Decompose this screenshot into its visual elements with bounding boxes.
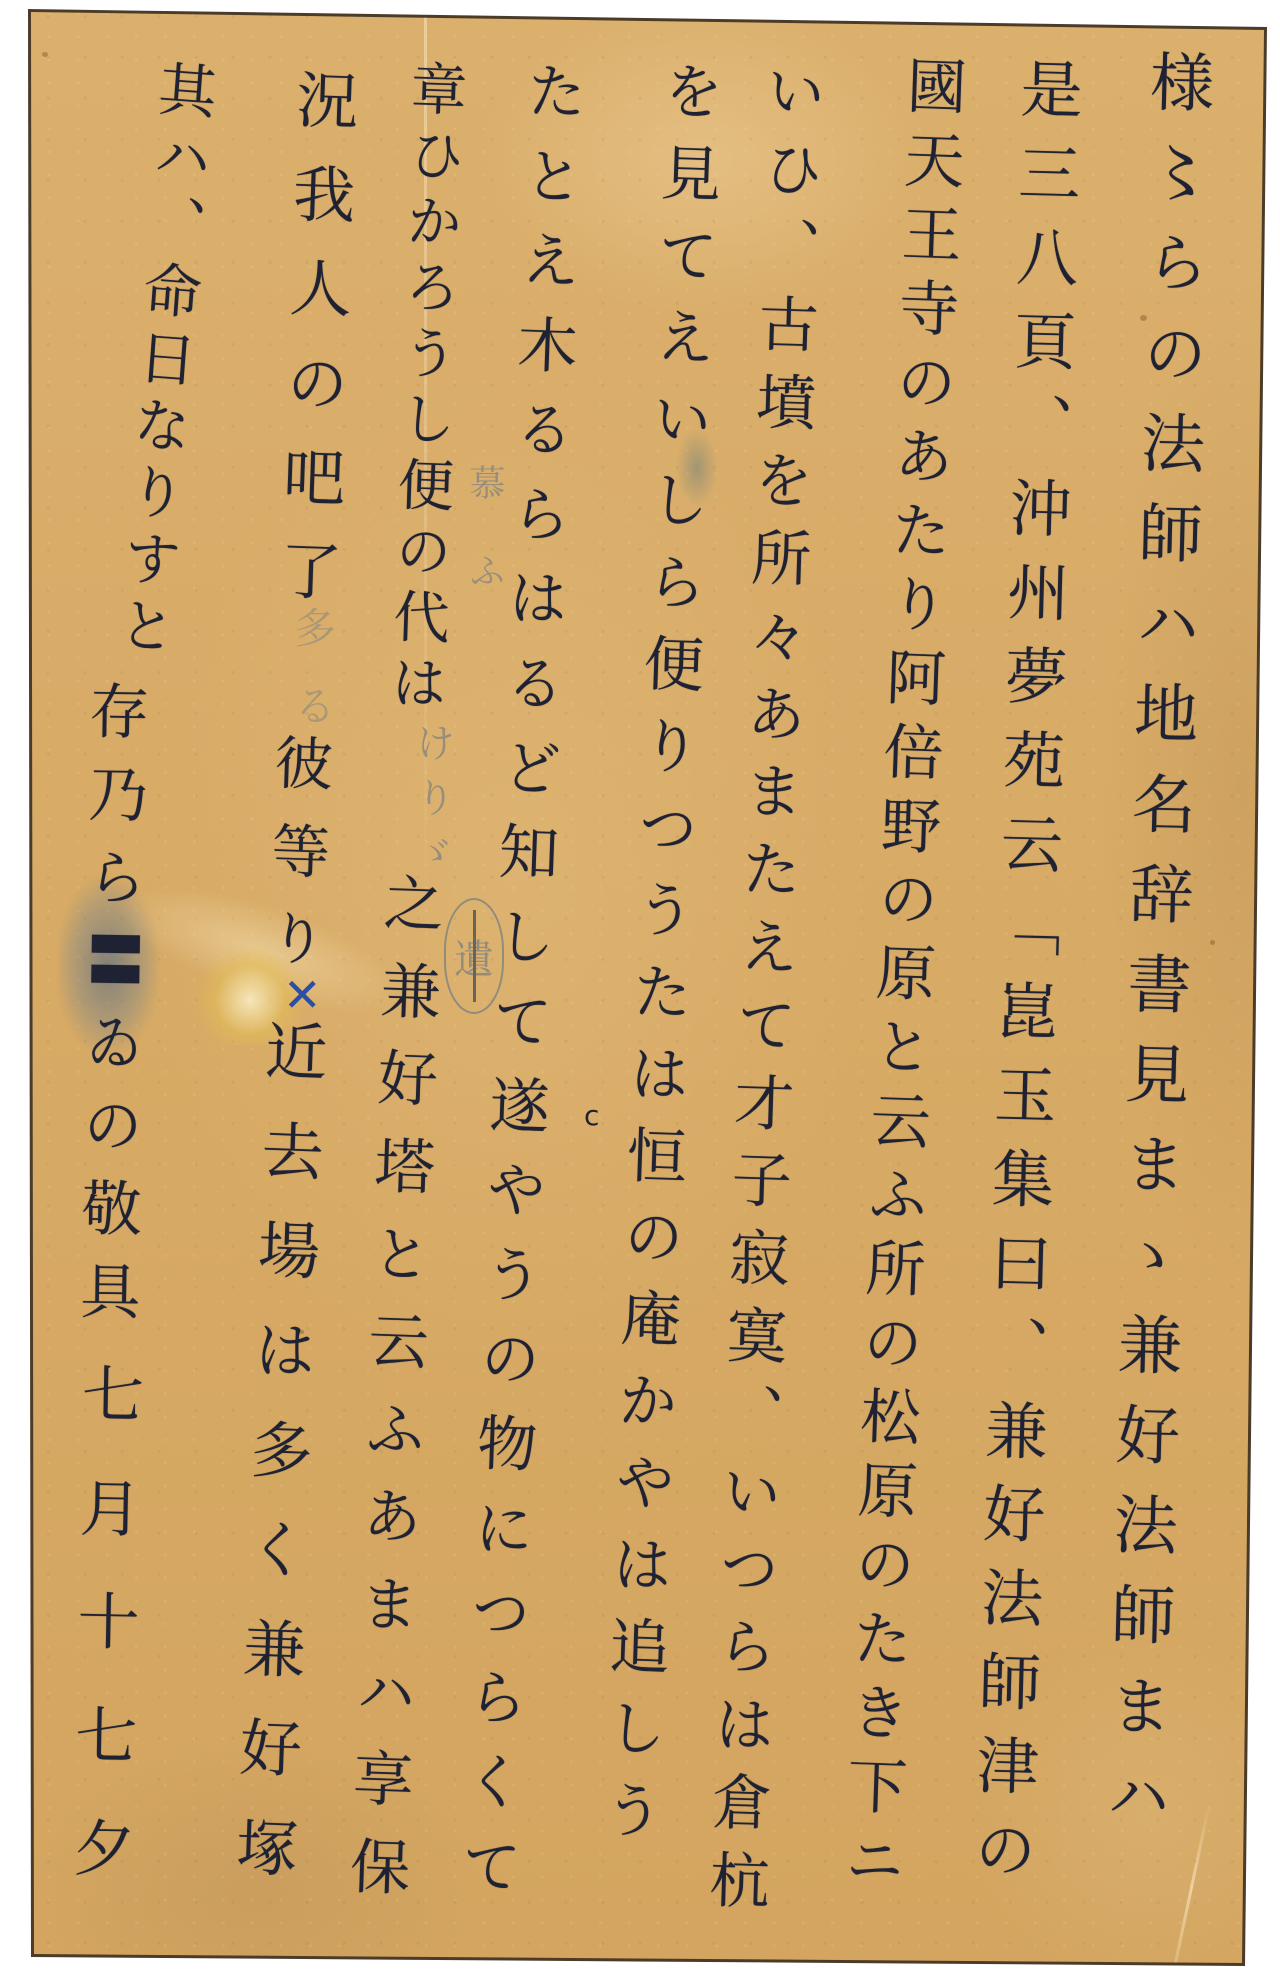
glyph: 兼 <box>237 1615 301 1679</box>
glyph: る <box>291 684 333 726</box>
glyph: ら <box>81 845 142 906</box>
glyph: ま <box>738 759 800 821</box>
glyph: 況 <box>290 67 354 131</box>
glyph: く <box>240 1516 304 1580</box>
glyph: ら <box>462 1665 524 1727</box>
glyph: 其 <box>152 58 214 120</box>
glyph: 師 <box>1105 1581 1171 1647</box>
glyph: 阿 <box>880 645 942 707</box>
glyph: ふ <box>862 1163 924 1225</box>
glyph: し <box>644 468 706 530</box>
glyph: ゞ <box>412 832 452 872</box>
glyph: 原 <box>852 1458 914 1520</box>
scanned-page: 様〻らの法師ハ地名辞書見まゝ兼好法師まハ 是三八頁、沖州夢苑云「崑玉集曰、兼好法… <box>0 0 1280 1970</box>
glyph: 州 <box>1001 559 1065 623</box>
glyph: 玉 <box>988 1062 1052 1126</box>
glyph: う <box>477 1242 539 1304</box>
glyph: 代 <box>388 587 446 645</box>
glyph: た <box>626 959 688 1021</box>
glyph: 吧 <box>277 443 341 507</box>
glyph: 寞 <box>721 1303 783 1365</box>
glyph: 野 <box>875 793 937 855</box>
glyph: 我 <box>287 161 351 225</box>
glyph: と <box>366 1221 428 1283</box>
glyph: い <box>646 386 708 448</box>
glyph: い <box>760 59 822 121</box>
glyph: 好 <box>372 1046 434 1108</box>
glyph: 命 <box>137 259 199 321</box>
glyph: の <box>891 350 953 412</box>
letter-date: 七月十七夕 <box>48 1361 158 1879</box>
glyph: ひ <box>758 137 820 199</box>
glyph: た <box>847 1606 909 1668</box>
glyph: ら <box>641 550 703 612</box>
glyph: 崑 <box>990 978 1054 1042</box>
text-column-8-upper: 況我人の吧了 <box>254 66 373 602</box>
glyph: 法 <box>1134 409 1200 475</box>
glyph: の <box>873 867 935 929</box>
glyph: ひ <box>403 125 461 183</box>
glyph: 彼 <box>269 732 329 792</box>
glyph: ら <box>505 481 567 543</box>
glyph: 夕 <box>67 1815 130 1878</box>
glyph: ろ <box>399 257 457 315</box>
glyph: 法 <box>975 1565 1039 1629</box>
glyph: や <box>609 1450 671 1512</box>
glyph: り <box>635 714 697 776</box>
glyph: 等 <box>266 819 326 879</box>
glyph: て <box>456 1834 518 1896</box>
glyph: う <box>629 877 691 939</box>
glyph: の <box>78 1094 139 1155</box>
glyph: 寺 <box>893 276 955 338</box>
glyph: は <box>248 1317 312 1381</box>
glyph: 夢 <box>999 643 1063 707</box>
glyph: て <box>652 223 714 285</box>
glyph: や <box>481 1157 543 1219</box>
glyph: 師 <box>973 1649 1037 1713</box>
glyph: ハ <box>350 1659 412 1721</box>
glyph: な <box>127 393 189 455</box>
glyph: は <box>624 1041 686 1103</box>
glyph: す <box>117 526 179 588</box>
glyph: の <box>849 1532 911 1594</box>
glyph: 所 <box>860 1236 922 1298</box>
glyph: 三 <box>1012 140 1076 204</box>
glyph: 存 <box>84 680 145 741</box>
glyph: 〓 <box>80 928 141 989</box>
glyph: 保 <box>344 1834 406 1896</box>
glyph: ま <box>353 1572 415 1634</box>
glyph: 是 <box>1014 56 1078 120</box>
glyph: え <box>515 228 577 290</box>
glyph: 原 <box>870 941 932 1003</box>
glyph: か <box>401 191 459 249</box>
glyph: え <box>649 304 711 366</box>
glyph: 寂 <box>723 1226 785 1288</box>
glyph: 便 <box>638 632 700 694</box>
glyph: ハ <box>1130 589 1196 655</box>
glyph: け <box>412 722 452 762</box>
glyph: ま <box>1102 1671 1168 1737</box>
glyph: 多 <box>244 1416 308 1480</box>
glyph: の <box>857 1310 919 1372</box>
glyph: 、 <box>1006 391 1070 455</box>
glyph: 塚 <box>230 1814 294 1878</box>
glyph: た <box>885 497 947 559</box>
text-column-1: 様〻らの法師ハ地名辞書見まゝ兼好法師まハ <box>1082 48 1227 1828</box>
glyph: 〻 <box>1141 138 1207 204</box>
pencil-faint-note: 多る <box>282 606 342 726</box>
glyph: 木 <box>512 312 574 374</box>
glyph: は <box>502 566 564 628</box>
glyph: 王 <box>896 202 958 264</box>
glyph: ゐ <box>79 1011 140 1072</box>
glyph: あ <box>888 423 950 485</box>
glyph: 々 <box>743 603 805 665</box>
glyph: ふ <box>466 552 502 588</box>
glyph: 古 <box>753 292 815 354</box>
glyph: 恒 <box>621 1123 683 1185</box>
glyph: 云 <box>363 1309 425 1371</box>
glyph: を <box>658 59 720 121</box>
pencil-circled-correction: 遺 <box>444 898 504 1014</box>
glyph: 、 <box>981 1313 1045 1377</box>
glyph: 國 <box>901 54 963 116</box>
glyph: 倉 <box>706 1770 768 1832</box>
glyph: 子 <box>726 1148 788 1210</box>
glyph: ふ <box>360 1396 422 1458</box>
glyph: 曰 <box>984 1230 1048 1294</box>
glyph: の <box>968 1816 1032 1880</box>
blue-cross-mark: ✕ <box>283 972 322 1018</box>
glyph: と <box>518 143 580 205</box>
glyph: 沖 <box>1003 475 1067 539</box>
glyph: き <box>844 1680 906 1742</box>
glyph: は <box>606 1532 668 1594</box>
glyph: 津 <box>970 1732 1034 1796</box>
glyph: の <box>618 1205 680 1267</box>
glyph: て <box>731 992 793 1054</box>
glyph: 書 <box>1121 950 1187 1016</box>
glyph: 云 <box>865 1089 927 1151</box>
glyph: 才 <box>728 1070 790 1132</box>
glyph: 去 <box>255 1117 319 1181</box>
glyph: 地 <box>1127 679 1193 745</box>
glyph: ハ <box>147 125 209 187</box>
glyph: 乃 <box>83 762 144 823</box>
postcard: 様〻らの法師ハ地名辞書見まゝ兼好法師まハ 是三八頁、沖州夢苑云「崑玉集曰、兼好法… <box>0 0 1280 1970</box>
glyph: た <box>521 59 583 121</box>
glyph: 兼 <box>979 1397 1043 1461</box>
glyph: 、 <box>142 192 204 254</box>
glyph: の <box>474 1326 536 1388</box>
glyph: つ <box>714 1537 776 1599</box>
glyph: 「 <box>992 894 1056 958</box>
text-column-8-lower: 近去場は多く兼好塚 <box>211 1017 342 1879</box>
glyph: い <box>716 1459 778 1521</box>
glyph: か <box>612 1368 674 1430</box>
glyph: る <box>499 650 561 712</box>
glyph: た <box>736 837 798 899</box>
glyph: 集 <box>986 1146 1050 1210</box>
glyph: 倍 <box>878 719 940 781</box>
pencil-inline-note: けりゞ <box>404 722 460 872</box>
glyph: 様 <box>1143 48 1209 114</box>
glyph: の <box>280 349 344 413</box>
glyph: 松 <box>854 1384 916 1446</box>
glyph: の <box>390 521 448 579</box>
glyph: 七 <box>76 1361 139 1424</box>
glyph: ど <box>496 735 558 797</box>
glyph: あ <box>357 1484 419 1546</box>
glyph: を <box>748 448 810 510</box>
glyph: り <box>263 907 323 967</box>
glyph: 多 <box>291 606 333 648</box>
glyph: に <box>468 1495 530 1557</box>
glyph: 杭 <box>704 1848 766 1910</box>
glyph: 頁 <box>1008 308 1072 372</box>
glyph: 便 <box>392 455 450 513</box>
glyph: 慕 <box>466 464 502 500</box>
glyph: つ <box>465 1580 527 1642</box>
glyph: と <box>867 1015 929 1077</box>
glyph: 追 <box>604 1614 666 1676</box>
glyph: は <box>385 653 443 711</box>
glyph: 、 <box>719 1381 781 1443</box>
glyph: 場 <box>251 1217 315 1281</box>
text-column-9-upper: 其ハ、命日なりすと <box>91 56 235 657</box>
glyph: 遂 <box>484 1073 546 1135</box>
glyph: 日 <box>132 326 194 388</box>
glyph: と <box>111 593 173 655</box>
glyph: 苑 <box>997 727 1061 791</box>
stain-spot <box>42 52 48 57</box>
glyph: の <box>1137 319 1203 385</box>
glyph: 庵 <box>615 1287 677 1349</box>
glyph: ニ <box>839 1828 901 1890</box>
glyph: ま <box>1116 1130 1182 1196</box>
glyph: 知 <box>493 819 555 881</box>
glyph: は <box>709 1692 771 1754</box>
glyph: て <box>487 988 549 1050</box>
glyph: 兼 <box>1111 1311 1177 1377</box>
glyph: 具 <box>75 1259 136 1320</box>
glyph: く <box>459 1749 521 1811</box>
glyph: ら <box>711 1615 773 1677</box>
glyph: 所 <box>745 526 807 588</box>
glyph: 好 <box>1109 1401 1175 1467</box>
glyph: り <box>412 777 452 817</box>
glyph: 云 <box>995 811 1059 875</box>
small-c-mark: c <box>584 1102 599 1130</box>
glyph: 之 <box>378 871 440 933</box>
glyph: 兼 <box>375 959 437 1021</box>
glyph: う <box>598 1778 660 1840</box>
glyph: 天 <box>898 128 960 190</box>
glyph: 見 <box>655 141 717 203</box>
glyph: 敬 <box>76 1177 137 1238</box>
glyph: 享 <box>347 1747 409 1809</box>
glyph: 人 <box>283 255 347 319</box>
glyph: 辞 <box>1123 860 1189 926</box>
pencil-margin-note: 慕ふ <box>462 464 506 588</box>
glyph: し <box>394 389 452 447</box>
glyph: 師 <box>1132 499 1198 565</box>
glyph: 了 <box>273 538 337 602</box>
glyph: 見 <box>1118 1040 1184 1106</box>
text-column-7-upper: 章ひかろうし便の代は <box>363 58 484 711</box>
glyph: 十 <box>71 1588 134 1651</box>
glyph: 下 <box>842 1754 904 1816</box>
text-column-9-closing: 存乃ら〓ゐの敬具 <box>55 679 165 1320</box>
glyph: 物 <box>471 1411 533 1473</box>
text-column-8-middle: 彼等り <box>242 731 350 967</box>
glyph: う <box>396 323 454 381</box>
glyph: 法 <box>1107 1491 1173 1557</box>
glyph: ハ <box>1100 1762 1166 1828</box>
glyph: 好 <box>233 1715 297 1779</box>
glyph: る <box>508 397 570 459</box>
glyph: 、 <box>755 215 817 277</box>
glyph: 八 <box>1010 224 1074 288</box>
glyph: 近 <box>259 1018 323 1082</box>
stain-spot <box>1210 940 1215 945</box>
glyph: つ <box>632 796 694 858</box>
glyph: ら <box>1139 229 1205 295</box>
glyph: 章 <box>405 59 463 117</box>
glyph: ゝ <box>1114 1220 1180 1286</box>
glyph: あ <box>741 681 803 743</box>
glyph: 七 <box>69 1702 132 1765</box>
glyph: 好 <box>977 1481 1041 1545</box>
glyph: 名 <box>1125 770 1191 836</box>
glyph: り <box>122 459 184 521</box>
glyph: り <box>883 571 945 633</box>
glyph: え <box>733 915 795 977</box>
glyph: 月 <box>74 1475 137 1538</box>
glyph: 墳 <box>750 370 812 432</box>
glyph: し <box>601 1696 663 1758</box>
glyph: 塔 <box>369 1134 431 1196</box>
